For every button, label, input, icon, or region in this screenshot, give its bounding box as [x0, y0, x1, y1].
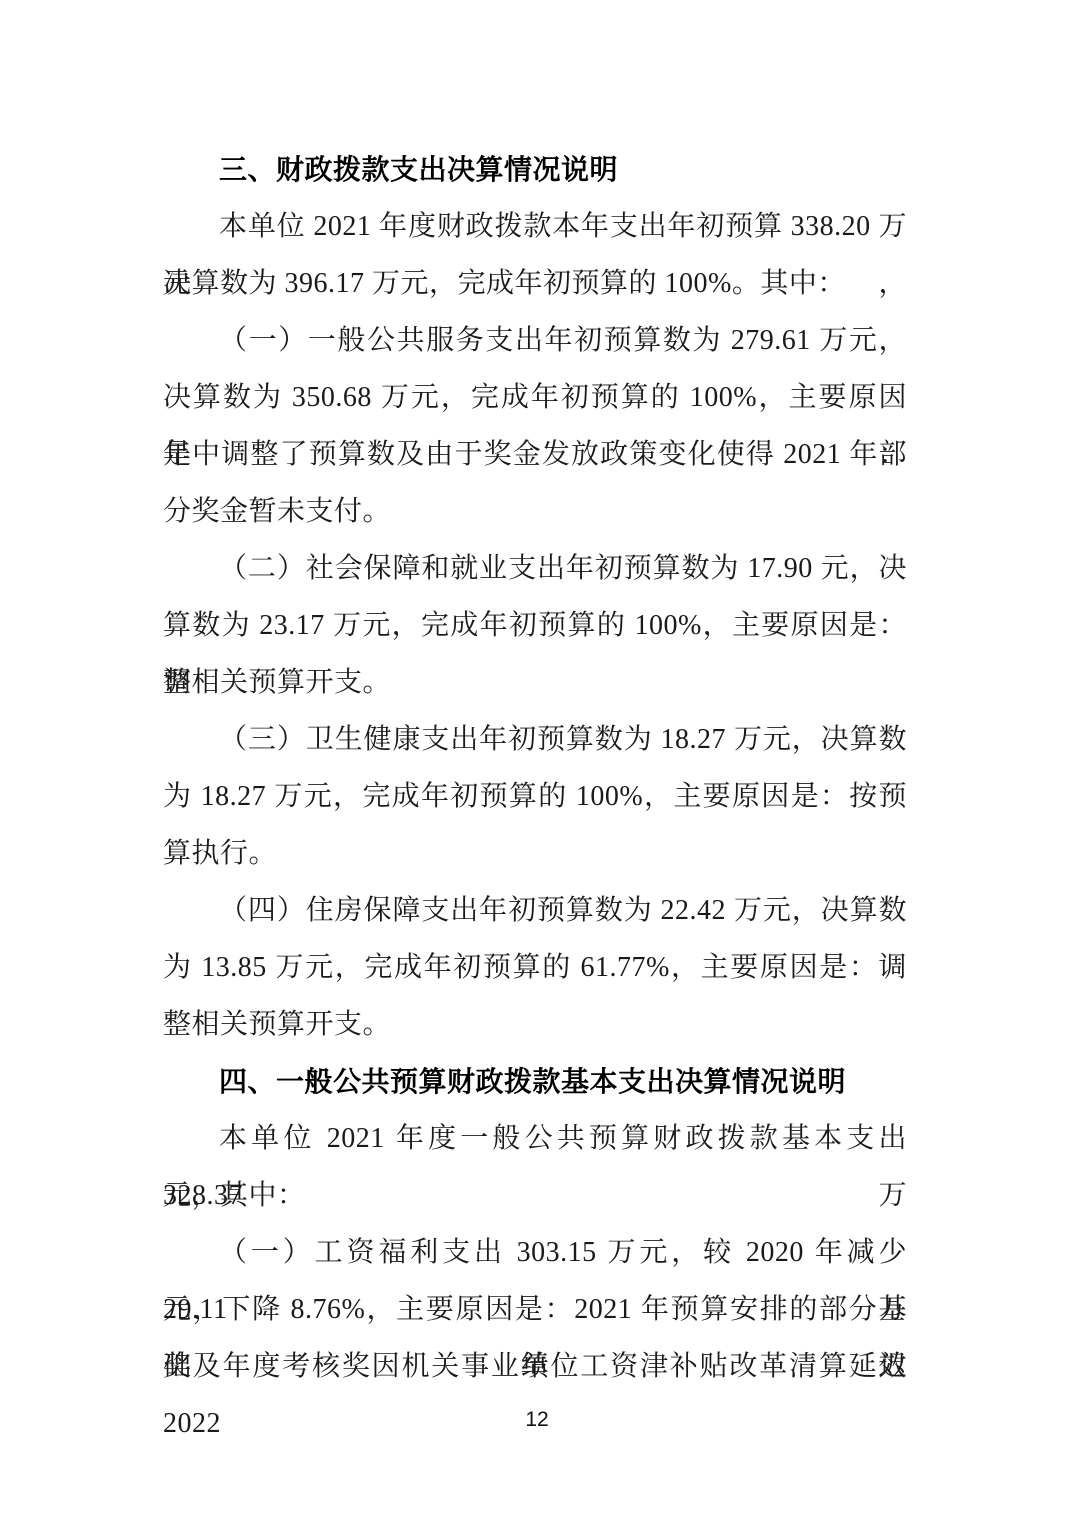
text-line: （二）社会保障和就业支出年初预算数为 17.90 元，决	[163, 540, 907, 597]
text-line: 决算数为 396.17 万元，完成年初预算的 100%。其中：	[163, 255, 907, 312]
text-line: 算执行。	[163, 825, 907, 882]
text-line: 年中调整了预算数及由于奖金发放政策变化使得 2021 年部	[163, 426, 907, 483]
text-line: 为 13.85 万元，完成年初预算的 61.77%，主要原因是：调	[163, 939, 907, 996]
text-line: 元，下降 8.76%，主要原因是：2021 年预算安排的部分基础绩效	[163, 1281, 907, 1338]
text-line: 整相关预算开支。	[163, 654, 907, 711]
text-line: 分奖金暂未支付。	[163, 483, 907, 540]
text-line: （四）住房保障支出年初预算数为 22.42 万元，决算数	[163, 882, 907, 939]
text-line: 本单位 2021 年度一般公共预算财政拨款基本支出 328.37 万	[163, 1110, 907, 1167]
document-content: 三、财政拨款支出决算情况说明本单位 2021 年度财政拨款本年支出年初预算 33…	[163, 141, 907, 1395]
text-line: 整相关预算开支。	[163, 996, 907, 1053]
section-heading: 三、财政拨款支出决算情况说明	[163, 141, 907, 198]
text-line: 奖及年度考核奖因机关事业单位工资津补贴改革清算延迟 2022	[163, 1338, 907, 1395]
text-line: 决算数为 350.68 万元，完成年初预算的 100%，主要原因是：	[163, 369, 907, 426]
section-heading: 四、一般公共预算财政拨款基本支出决算情况说明	[163, 1053, 907, 1110]
page-footer: 12	[0, 1408, 1074, 1432]
text-line: （一）一般公共服务支出年初预算数为 279.61 万元，	[163, 312, 907, 369]
text-line: 本单位 2021 年度财政拨款本年支出年初预算 338.20 万元，	[163, 198, 907, 255]
page-number: 12	[525, 1408, 548, 1432]
text-line: （一）工资福利支出 303.15 万元，较 2020 年减少 29.11 万	[163, 1224, 907, 1281]
text-line: 算数为 23.17 万元，完成年初预算的 100%，主要原因是：调	[163, 597, 907, 654]
document-page: 三、财政拨款支出决算情况说明本单位 2021 年度财政拨款本年支出年初预算 33…	[0, 0, 1074, 1520]
text-line: 为 18.27 万元，完成年初预算的 100%，主要原因是：按预	[163, 768, 907, 825]
text-line: （三）卫生健康支出年初预算数为 18.27 万元，决算数	[163, 711, 907, 768]
